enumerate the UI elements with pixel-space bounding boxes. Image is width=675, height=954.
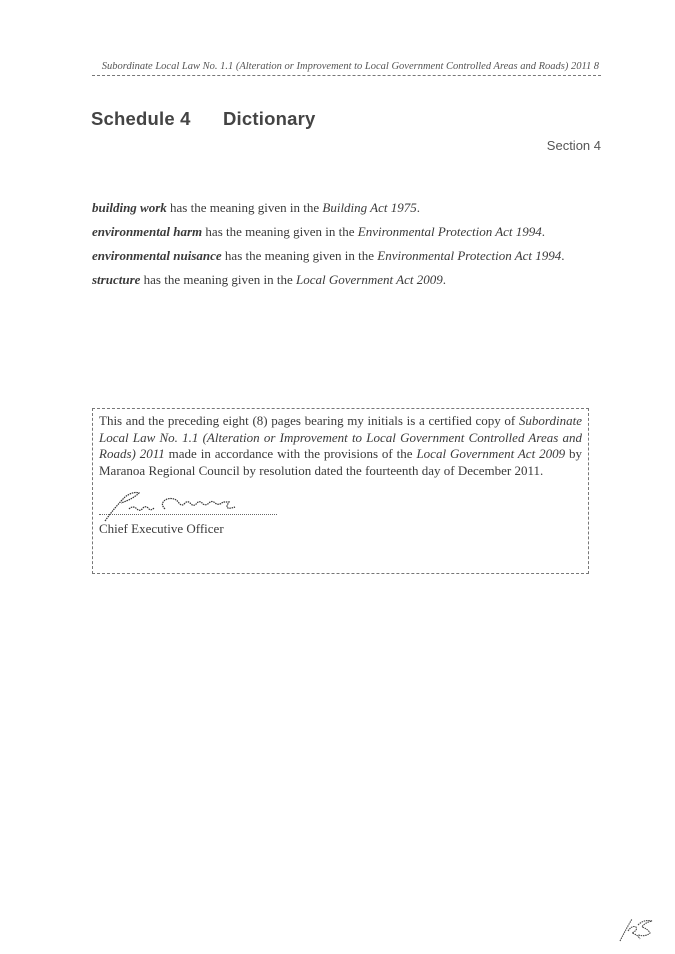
act-reference: Environmental Protection Act 1994 bbox=[377, 248, 561, 263]
definition-term: structure bbox=[92, 272, 140, 287]
running-title: Subordinate Local Law No. 1.1 (Alteratio… bbox=[102, 61, 591, 72]
definitions-list: building work has the meaning given in t… bbox=[92, 196, 612, 292]
definition-item: environmental nuisance has the meaning g… bbox=[92, 244, 612, 268]
definition-end: . bbox=[561, 248, 564, 263]
signature-area bbox=[99, 489, 582, 535]
signature-line bbox=[99, 514, 277, 515]
certification-box: This and the preceding eight (8) pages b… bbox=[92, 408, 589, 574]
act-reference: Environmental Protection Act 1994 bbox=[358, 224, 542, 239]
definition-term: building work bbox=[92, 200, 167, 215]
definition-end: . bbox=[417, 200, 420, 215]
definition-end: . bbox=[443, 272, 446, 287]
definition-text: has the meaning given in the bbox=[167, 200, 323, 215]
schedule-heading: Schedule 4Dictionary bbox=[91, 108, 315, 130]
cert-part1: This and the preceding eight (8) pages b… bbox=[99, 413, 519, 428]
act-reference: Building Act 1975 bbox=[322, 200, 416, 215]
signature-icon bbox=[103, 489, 273, 523]
section-reference: Section 4 bbox=[547, 138, 601, 153]
initials-icon bbox=[618, 915, 658, 943]
definition-item: building work has the meaning given in t… bbox=[92, 196, 612, 220]
definition-item: environmental harm has the meaning given… bbox=[92, 220, 612, 244]
certification-text: This and the preceding eight (8) pages b… bbox=[99, 413, 582, 479]
running-header: Subordinate Local Law No. 1.1 (Alteratio… bbox=[92, 60, 601, 76]
definition-item: structure has the meaning given in the L… bbox=[92, 268, 612, 292]
page-number: 8 bbox=[594, 60, 599, 74]
definition-term: environmental harm bbox=[92, 224, 202, 239]
cert-part2: made in accordance with the provisions o… bbox=[165, 446, 417, 461]
definition-term: environmental nuisance bbox=[92, 248, 222, 263]
definition-text: has the meaning given in the bbox=[222, 248, 378, 263]
schedule-number: Schedule 4 bbox=[91, 108, 223, 130]
definition-text: has the meaning given in the bbox=[140, 272, 296, 287]
cert-act: Local Government Act 2009 bbox=[416, 446, 565, 461]
act-reference: Local Government Act 2009 bbox=[296, 272, 443, 287]
schedule-title: Dictionary bbox=[223, 108, 315, 129]
definition-end: . bbox=[542, 224, 545, 239]
definition-text: has the meaning given in the bbox=[202, 224, 358, 239]
